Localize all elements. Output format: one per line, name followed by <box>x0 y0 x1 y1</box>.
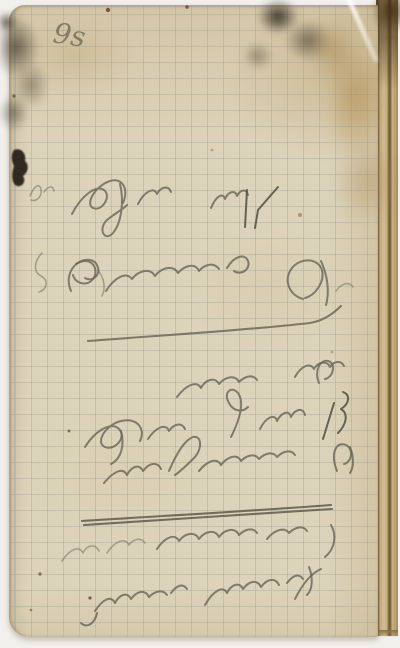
pencil-rule-2 <box>82 505 332 525</box>
scanned-notebook-page: 9s <box>0 0 400 648</box>
ink-blob-left-edge <box>12 149 28 186</box>
handwriting-overlay: 9s <box>0 0 400 648</box>
handwriting-line-1 <box>30 180 278 236</box>
handwriting-line-2 <box>69 257 353 305</box>
rust-specks <box>12 5 333 611</box>
handwriting-line-5 <box>104 437 353 483</box>
handwriting-line-6 <box>62 525 334 561</box>
pencil-rule-1 <box>88 306 341 341</box>
handwriting-line-7 <box>81 567 321 625</box>
handwriting-line-3 <box>177 361 344 397</box>
handwriting-line-4 <box>85 390 348 464</box>
corner-page-mark: 9s <box>51 16 88 54</box>
